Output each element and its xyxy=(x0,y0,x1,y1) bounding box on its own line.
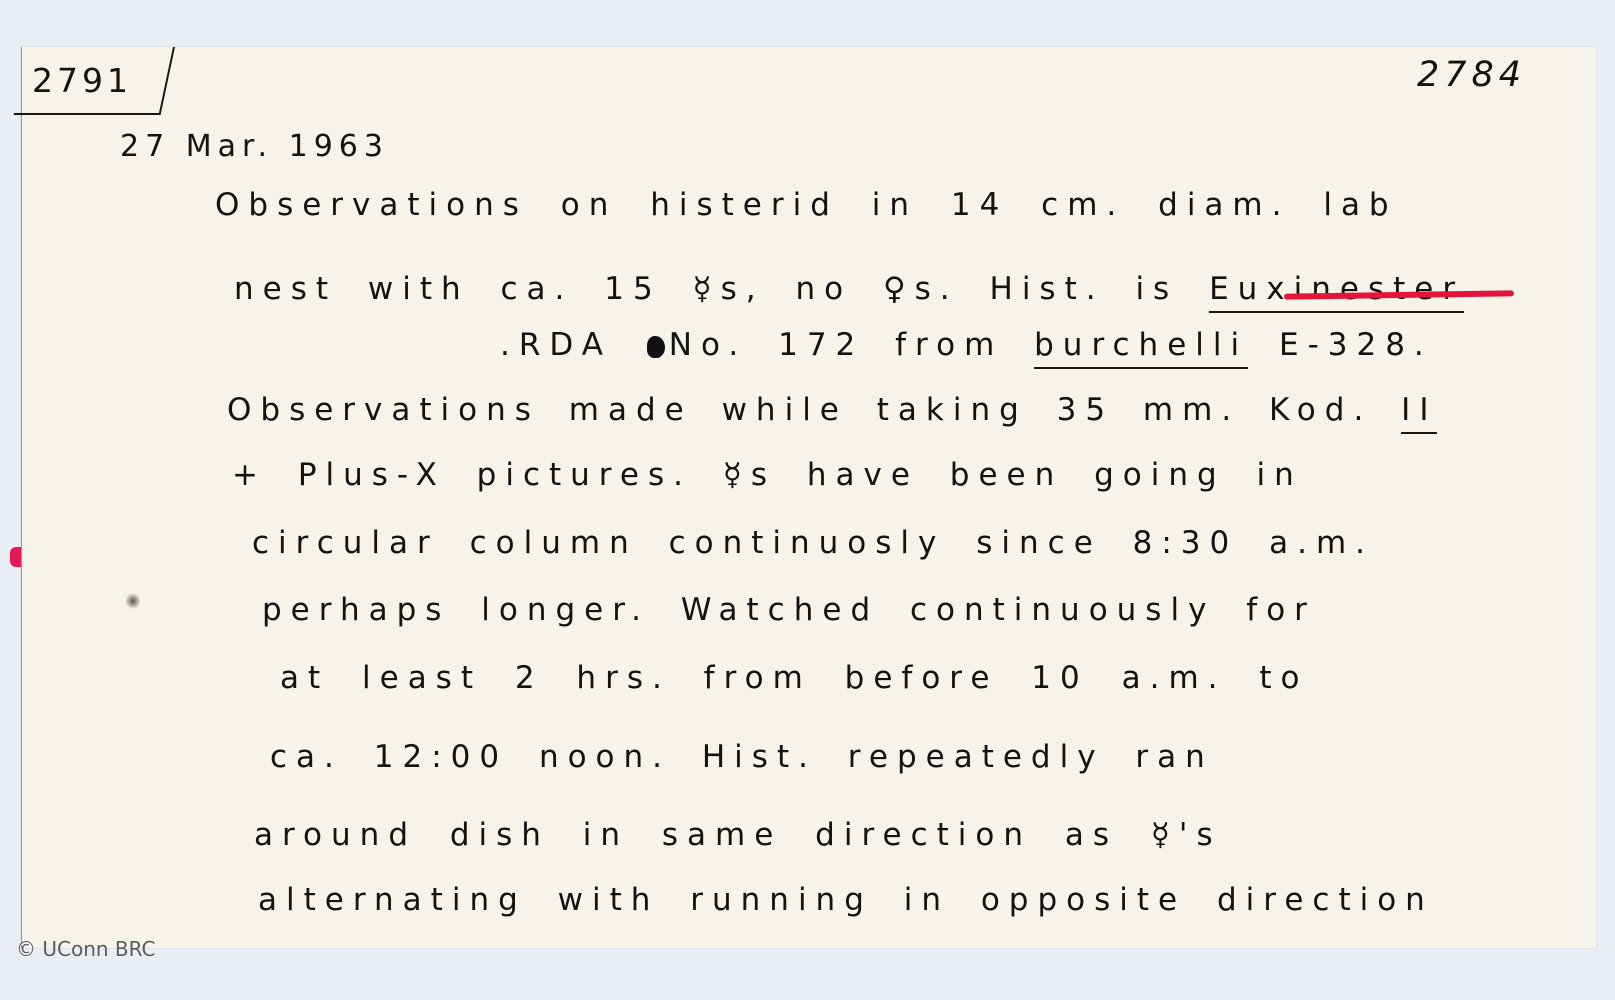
note-line-9: ca. 12:00 noon. Hist. repeatedly ran xyxy=(270,739,1214,775)
note-text: , no xyxy=(746,271,883,307)
worker-symbol-icon: ☿ xyxy=(1151,817,1179,853)
note-text: around dish in same direction as xyxy=(254,817,1151,853)
note-line-2: nest with ca. 15 ☿s, no ♀s. Hist. is Eux… xyxy=(234,271,1464,307)
note-text: perhaps longer. Watched continuously for xyxy=(262,592,1316,628)
note-line-11: alternating with running in opposite dir… xyxy=(258,882,1434,918)
note-line-1: Observations on histerid in 14 cm. diam.… xyxy=(215,187,1398,223)
note-text: 's xyxy=(1179,817,1222,853)
note-text: No. 172 from xyxy=(669,327,1034,363)
note-line-7: perhaps longer. Watched continuously for xyxy=(262,592,1316,628)
roman-numeral-underlined: II xyxy=(1401,392,1437,434)
note-text: .RDA xyxy=(500,327,643,363)
card-number-right: 2784 xyxy=(1417,55,1526,95)
card-date: 27 Mar. 1963 xyxy=(120,129,389,164)
note-text: Observations on histerid in 14 cm. diam.… xyxy=(215,187,1398,223)
worker-symbol-icon: ☿s xyxy=(693,271,746,307)
note-line-5: + Plus-X pictures. ☿s have been going in xyxy=(232,457,1303,493)
index-card: 2791 2784 27 Mar. 1963 Observations on h… xyxy=(21,47,1596,948)
note-text: alternating with running in opposite dir… xyxy=(258,882,1434,918)
note-text: circular column continuosly since 8:30 a… xyxy=(252,525,1374,561)
note-line-4: Observations made while taking 35 mm. Ko… xyxy=(227,392,1437,428)
female-symbol-icon: ♀s xyxy=(883,271,940,307)
note-line-3: .RDA No. 172 from burchelli E-328. xyxy=(500,327,1433,363)
red-edge-marker xyxy=(10,547,21,567)
note-line-8: at least 2 hrs. from before 10 a.m. to xyxy=(280,660,1308,696)
card-number-left: 2791 xyxy=(32,61,132,100)
note-text: at least 2 hrs. from before 10 a.m. to xyxy=(280,660,1308,696)
note-text: ca. 12:00 noon. Hist. repeatedly ran xyxy=(270,739,1214,775)
copyright-notice: © UConn BRC xyxy=(16,937,156,961)
ink-blot-icon xyxy=(647,336,665,358)
note-line-10: around dish in same direction as ☿'s xyxy=(254,817,1222,853)
species-name-underlined: burchelli xyxy=(1034,327,1248,369)
note-text: Observations made while taking 35 mm. Ko… xyxy=(227,392,1401,428)
worker-symbol-icon: ☿s xyxy=(723,457,776,493)
note-line-6: circular column continuosly since 8:30 a… xyxy=(252,525,1374,561)
note-text: have been going in xyxy=(776,457,1303,493)
note-text: E-328. xyxy=(1248,327,1433,363)
note-text: + Plus-X pictures. xyxy=(232,457,723,493)
note-text: nest with ca. 15 xyxy=(234,271,693,307)
ink-stain xyxy=(126,592,140,610)
note-text: . Hist. is xyxy=(940,271,1209,307)
